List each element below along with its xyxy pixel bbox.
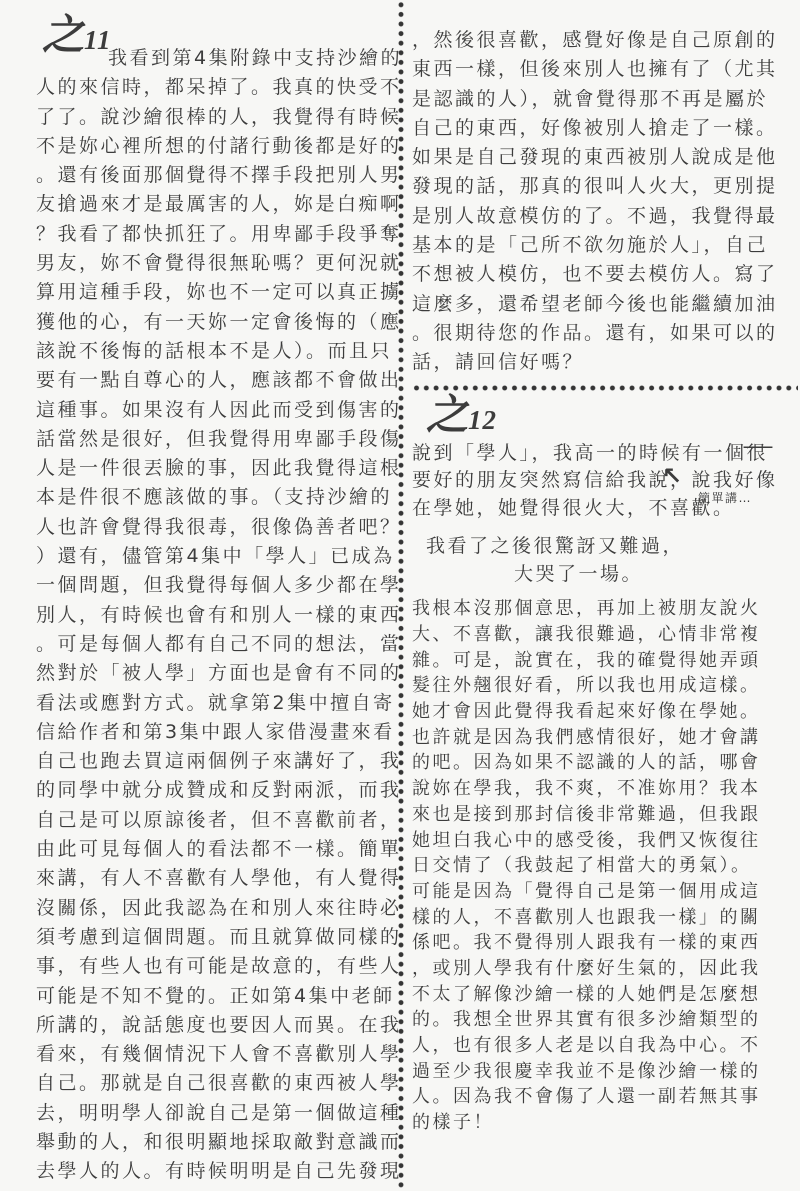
text-line: 人，也有很多人老是以自我為中心。不 <box>412 1033 798 1059</box>
letter-11-text: 我看到第4集附錄中支持沙繪的人的來信時，都呆掉了。我真的快受不了了。說沙繪很棒的… <box>36 14 400 1187</box>
text-line: 要有一點自尊心的人，應該都不會做出 <box>36 366 400 395</box>
text-line: 這麼多，還希望老師今後也能繼續加油 <box>412 290 798 319</box>
text-line: 我看了之後很驚訝又難過， <box>412 532 798 560</box>
text-line: ？我看了都快抓狂了。用卑鄙手段爭奪 <box>36 220 400 249</box>
text-line: 日交情了（我鼓起了相當大的勇氣）。 <box>412 853 798 879</box>
text-line: 去學人的人。有時候明明是自己先發現 <box>36 1157 400 1186</box>
text-line: 看法或應對方式。就拿第2集中擅自寄 <box>36 689 400 718</box>
text-line: 自己。那就是自己很喜歡的東西被人學 <box>36 1069 400 1098</box>
text-line: 大哭了一場。 <box>412 560 798 588</box>
text-line: 雜。可是，說實在，我的確覺得她弄頭 <box>412 648 798 674</box>
section-11-number: 11 <box>84 25 112 55</box>
letter-11-text-continued: ，然後很喜歡，感覺好像是自己原創的東西一樣，但後來別人也擁有了（尤其是認識的人）… <box>412 0 798 378</box>
text-line: 獲他的心，有一天妳一定會後悔的（應 <box>36 308 400 337</box>
text-line: 大、不喜歡，讓我很難過，心情非常複 <box>412 622 798 648</box>
section-12-number: 12 <box>468 405 497 435</box>
text-line: 該說不後悔的話根本不是人）。而且只 <box>36 337 400 366</box>
text-line: 不想被人模仿，也不要去模仿人。寫了 <box>412 260 798 289</box>
text-line: 不太了解像沙繪一樣的人她們是怎麼想 <box>412 982 798 1008</box>
text-line: 基本的是「己所不欲勿施於人」，自己 <box>412 231 798 260</box>
text-line: 事，有些人也有可能是故意的，有些人 <box>36 952 400 981</box>
text-line: 樣的人，不喜歡別人也跟我一樣」的關 <box>412 905 798 931</box>
text-line: 話當然是很好，但我覺得用卑鄙手段傷 <box>36 425 400 454</box>
letter-12-body-text: 我根本沒那個意思，再加上被朋友說火大、不喜歡，讓我很難過，心情非常複雜。可是，說… <box>412 596 798 1135</box>
text-line: 舉動的人，和很明顯地採取敵對意識而 <box>36 1128 400 1157</box>
section-label-12: 之12 <box>426 394 798 440</box>
text-line: 她坦白我心中的感受後，我們又恢復往 <box>412 828 798 854</box>
text-line: 她才會因此覺得我看起來好像在學她。 <box>412 699 798 725</box>
text-line: 說到「學人」，我高一的時候有一個很 <box>412 440 798 468</box>
text-line: 自己是可以原諒後者，但不喜歡前者， <box>36 806 400 835</box>
text-line: 的吧。因為如果不認識的人的話，哪會 <box>412 750 798 776</box>
text-line: 髮往外翹很好看，所以我也用成這樣。 <box>412 673 798 699</box>
letter-12-intro-text: 說到「學人」，我高一的時候有一個很要好的朋友突然寫信給我說，說我好像在學她，她覺… <box>412 440 798 523</box>
text-line: 說妳在學我，我不爽，不准妳用？我本 <box>412 776 798 802</box>
letter-12-note-text: 我看了之後很驚訝又難過，大哭了一場。 <box>412 532 798 588</box>
text-line: ，然後很喜歡，感覺好像是自己原創的 <box>412 26 798 55</box>
text-line: 去，明明學人卻說自己是第一個做這種 <box>36 1099 400 1128</box>
text-line: 自己也跑去買這兩個例子來講好了，我 <box>36 747 400 776</box>
text-line: 自己的東西，好像被別人搶走了一樣。 <box>412 114 798 143</box>
text-line: 所講的，說話態度也要因人而異。在我 <box>36 1011 400 1040</box>
section-11-glyph: 之 <box>42 10 84 59</box>
text-line: 一個問題，但我覺得每個人多少都在學 <box>36 571 400 600</box>
text-line: 我根本沒那個意思，再加上被朋友說火 <box>412 596 798 622</box>
handdrawn-arrow-up-left-icon: ↖ <box>662 462 682 490</box>
text-line: 人。因為我不會傷了人還一副若無其事 <box>412 1084 798 1110</box>
text-line: 是認識的人），就會覺得那不再是屬於 <box>412 85 798 114</box>
right-column: ，然後很喜歡，感覺好像是自己原創的東西一樣，但後來別人也擁有了（尤其是認識的人）… <box>412 0 798 1191</box>
text-line: 不是妳心裡所想的付諸行動後都是好的 <box>36 132 400 161</box>
text-line: 算用這種手段，妳也不一定可以真正擄 <box>36 278 400 307</box>
text-line: 這種事。如果沒有人因此而受到傷害的 <box>36 396 400 425</box>
text-line: 看來，有幾個情況下人會不喜歡別人學 <box>36 1040 400 1069</box>
text-line: 人的來信時，都呆掉了。我真的快受不 <box>36 73 400 102</box>
text-line: 本是件很不應該做的事。（支持沙繪的 <box>36 483 400 512</box>
text-line: 的。我想全世界其實有很多沙繪類型的 <box>412 1007 798 1033</box>
text-line: 男友，妳不會覺得很無恥嗎？更何況就 <box>36 249 400 278</box>
text-line: 的樣子！ <box>412 1110 798 1136</box>
text-line: 是別人故意模仿的了。不過，我覺得最 <box>412 202 798 231</box>
text-line: 發現的話，那真的很叫人火大，更別提 <box>412 172 798 201</box>
section-label-11: 之11 <box>42 14 112 56</box>
text-line: 了了。說沙繪很棒的人，我覺得有時候 <box>36 103 400 132</box>
section-12-glyph: 之 <box>426 390 468 439</box>
text-line: 。很期待您的作品。還有，如果可以的 <box>412 319 798 348</box>
left-column: 之11 我看到第4集附錄中支持沙繪的人的來信時，都呆掉了。我真的快受不了了。說沙… <box>36 14 400 1187</box>
text-line: 由此可見每個人的看法都不一樣。簡單 <box>36 835 400 864</box>
text-line: 信給作者和第3集中跟人家借漫畫來看 <box>36 718 400 747</box>
text-line: 須考慮到這個問題。而且就算做同樣的 <box>36 923 400 952</box>
text-line: 係吧。我不覺得別人跟我有一樣的東西 <box>412 930 798 956</box>
text-line: 過至少我很慶幸我並不是像沙繪一樣的 <box>412 1059 798 1085</box>
text-line: ，或別人學我有什麼好生氣的，因此我 <box>412 956 798 982</box>
text-line: 然對於「被人學」方面也是會有不同的 <box>36 659 400 688</box>
section-divider-dotted <box>412 384 798 392</box>
text-line: ）還有，儘管第4集中「學人」已成為 <box>36 542 400 571</box>
text-line: 可能是因為「覺得自己是第一個用成這 <box>412 879 798 905</box>
text-line: 的同學中就分成贊成和反對兩派，而我 <box>36 776 400 805</box>
text-line: 也許就是因為我們感情很好，她才會講 <box>412 725 798 751</box>
text-line: 可能是不知不覺的。正如第4集中老師 <box>36 982 400 1011</box>
text-line: 。可是每個人都有自己不同的想法，當 <box>36 630 400 659</box>
text-line: 來講，有人不喜歡有人學他，有人覺得 <box>36 864 400 893</box>
margin-annotation: 簡單講… <box>698 489 752 506</box>
text-line: 來也是接到那封信後非常難過，但我跟 <box>412 802 798 828</box>
text-line: 如果是自己發現的東西被別人說成是他 <box>412 143 798 172</box>
text-line: 。還有後面那個覺得不擇手段把別人男 <box>36 161 400 190</box>
text-line: 話，請回信好嗎？ <box>412 348 798 377</box>
text-line: 沒關係，因此我認為在和別人來往時必 <box>36 894 400 923</box>
text-line: 友搶過來才是最厲害的人，妳是白痴啊 <box>36 190 400 219</box>
text-line: 人也許會覺得我很毒，很像偽善者吧？ <box>36 513 400 542</box>
scanned-letter-page: 之11 我看到第4集附錄中支持沙繪的人的來信時，都呆掉了。我真的快受不了了。說沙… <box>0 0 800 1191</box>
text-line: 別人，有時候也會有和別人一樣的東西 <box>36 601 400 630</box>
text-line: 東西一樣，但後來別人也擁有了（尤其 <box>412 55 798 84</box>
margin-dash: — <box>742 434 774 458</box>
text-line: 人是一件很丟臉的事，因此我覺得這根 <box>36 454 400 483</box>
